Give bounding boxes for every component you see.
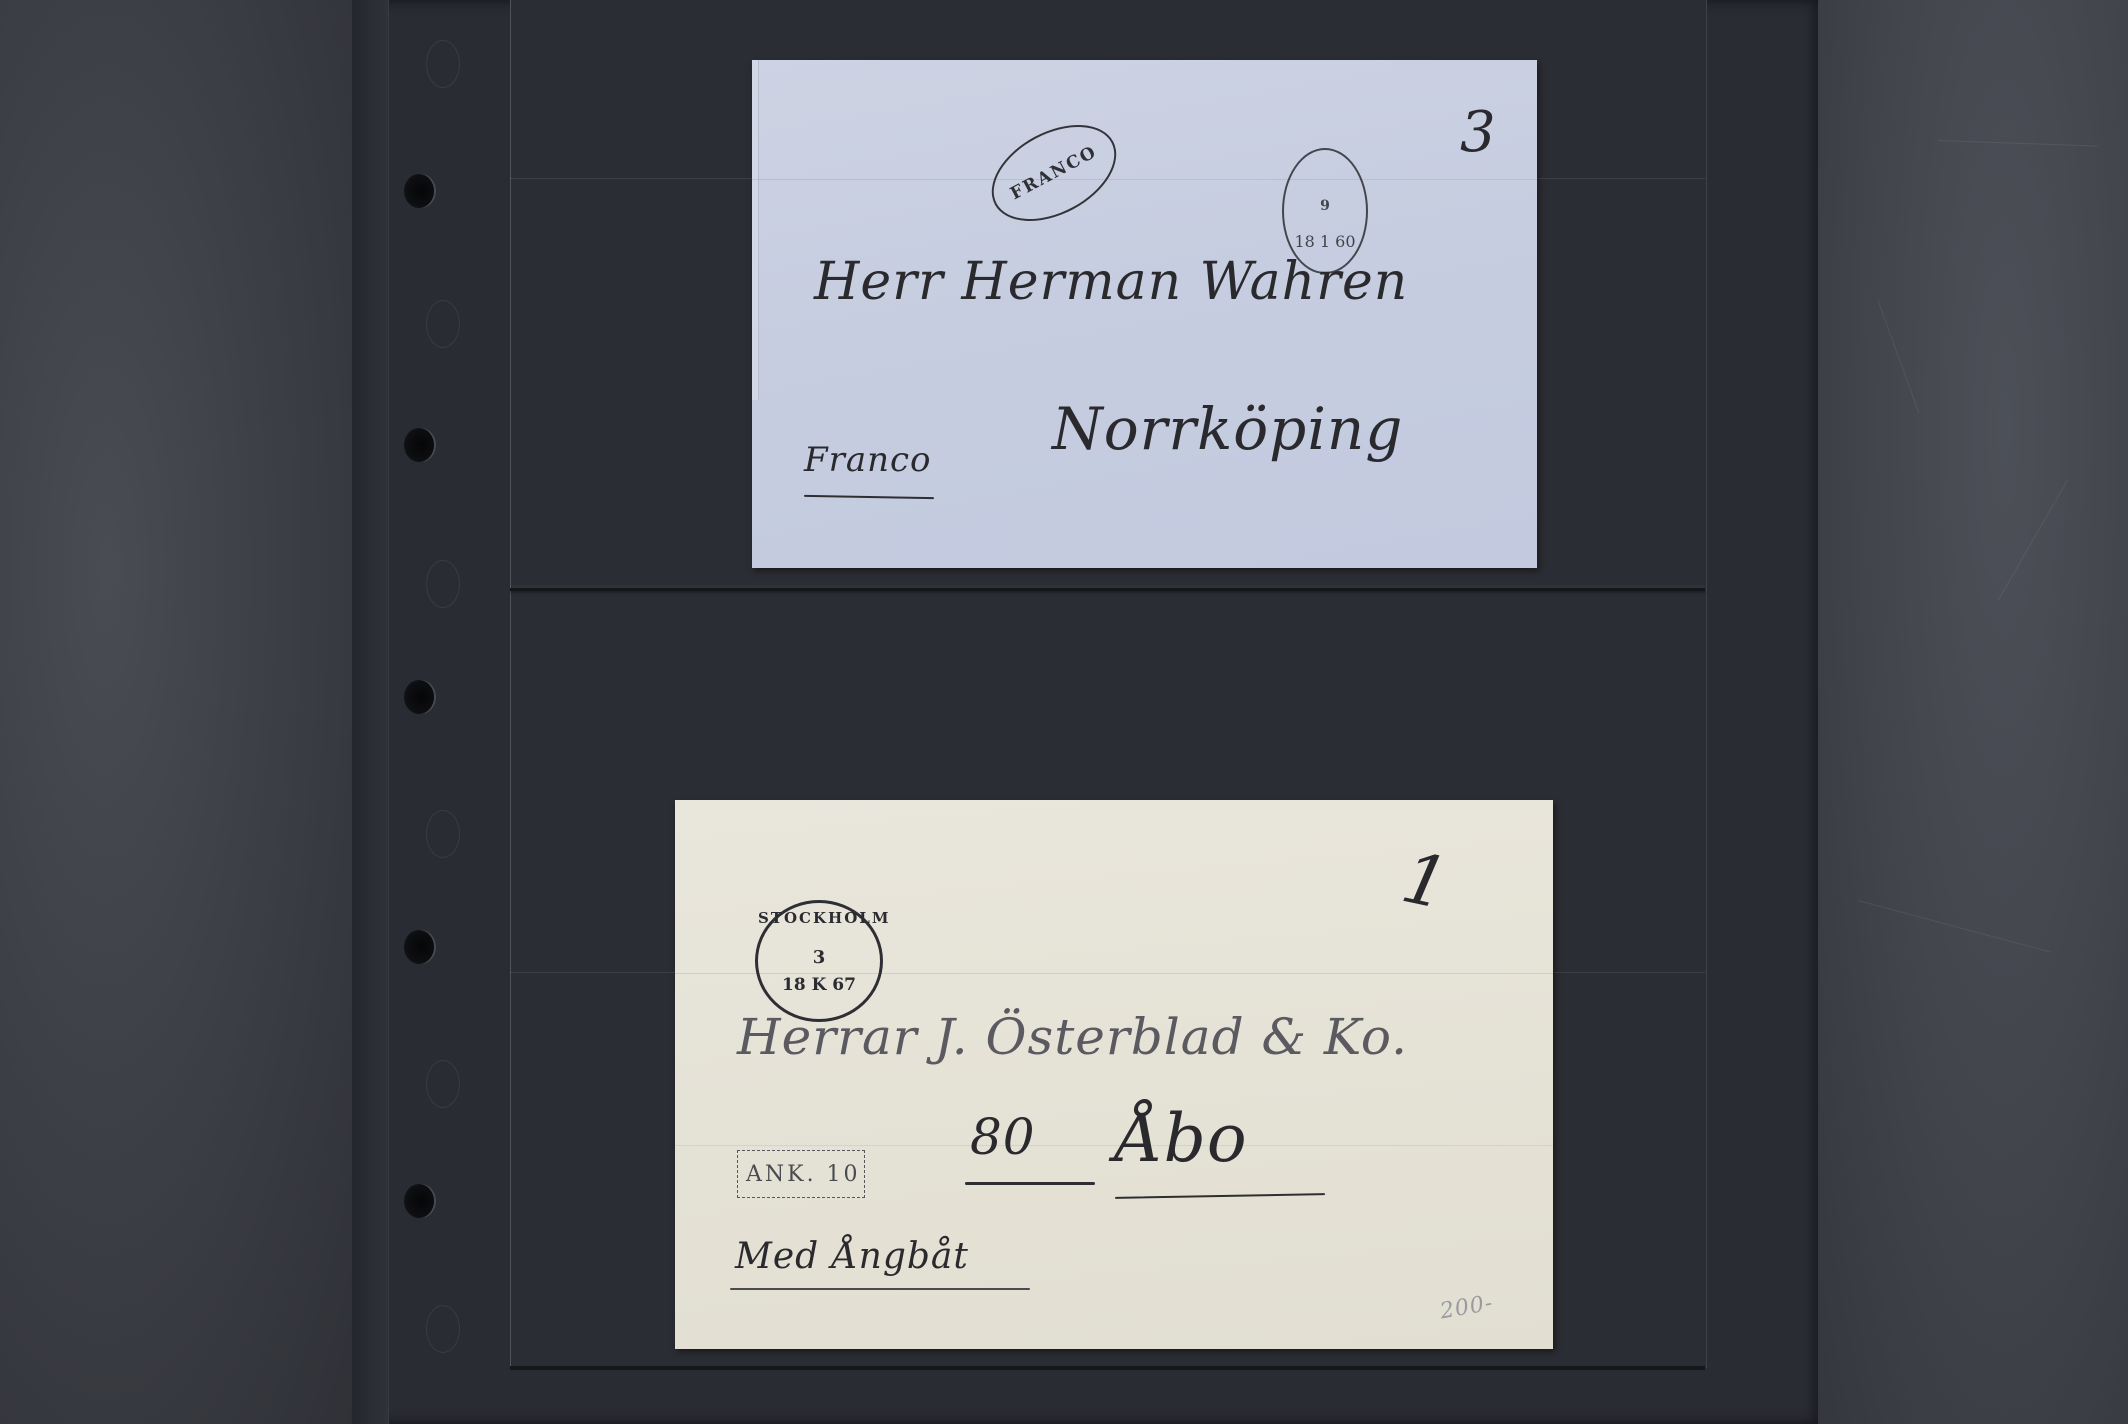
punch-hole — [404, 1184, 434, 1218]
franco-underline — [804, 495, 934, 499]
cover-fold-line — [752, 179, 1537, 180]
destination-town: Åbo — [1115, 1100, 1248, 1177]
cds-day: 9 — [1284, 198, 1366, 214]
destination-underline — [1115, 1193, 1325, 1199]
table-surface-right — [1818, 0, 2128, 1424]
table-surface-left — [0, 0, 352, 1424]
route-instruction: Med Ångbåt — [735, 1236, 969, 1277]
handstamp-text: FRANCO — [1007, 142, 1101, 204]
pocket-strip-bottom — [510, 1366, 1705, 1370]
cds-day: 3 — [758, 947, 880, 968]
rate-underline — [965, 1182, 1095, 1185]
cover-fold-flap — [752, 60, 759, 400]
punch-hole — [404, 428, 434, 462]
album-binding-edge — [352, 0, 389, 1424]
manuscript-rate: 80 — [970, 1108, 1036, 1166]
manuscript-franco: Franco — [804, 440, 932, 480]
franco-oval-handstamp: FRANCO — [976, 105, 1133, 240]
boxed-handstamp-text: ANK. 10 — [746, 1162, 861, 1187]
cds-town: STOCKHOLM — [758, 909, 880, 927]
destination-town: Norrköping — [1052, 395, 1403, 463]
ghost-hole-mark — [426, 810, 460, 858]
addressee-name: Herr Herman Wahren — [814, 252, 1408, 312]
ghost-hole-mark — [426, 1305, 460, 1353]
rate-mark: 1 — [1395, 836, 1457, 926]
punch-hole — [404, 930, 434, 964]
punch-hole — [404, 174, 434, 208]
ghost-hole-mark — [426, 560, 460, 608]
ghost-hole-mark — [426, 1060, 460, 1108]
ghost-hole-mark — [426, 300, 460, 348]
cds-date: 18 K 67 — [758, 975, 880, 995]
stockholm-date-stamp: STOCKHOLM 3 18 K 67 — [755, 900, 883, 1022]
punch-hole — [404, 680, 434, 714]
cover-top-blue-letter[interactable]: FRANCO 9 18 1 60 3 Herr Herman Wahren No… — [752, 60, 1537, 568]
route-underline — [730, 1288, 1030, 1290]
ank-boxed-handstamp: ANK. 10 — [737, 1150, 865, 1198]
ghost-hole-mark — [426, 40, 460, 88]
pocket-strip-divider — [510, 588, 1705, 591]
cds-date: 18 1 60 — [1284, 232, 1366, 251]
rate-mark: 3 — [1460, 100, 1497, 165]
cover-bottom-cream-letter[interactable]: STOCKHOLM 3 18 K 67 1 Herrar J. Österbla… — [675, 800, 1553, 1349]
cover-fold-line — [675, 1145, 1553, 1146]
pencil-price: 200- — [1438, 1291, 1495, 1325]
addressee-name: Herrar J. Österblad & Ko. — [737, 1008, 1408, 1066]
